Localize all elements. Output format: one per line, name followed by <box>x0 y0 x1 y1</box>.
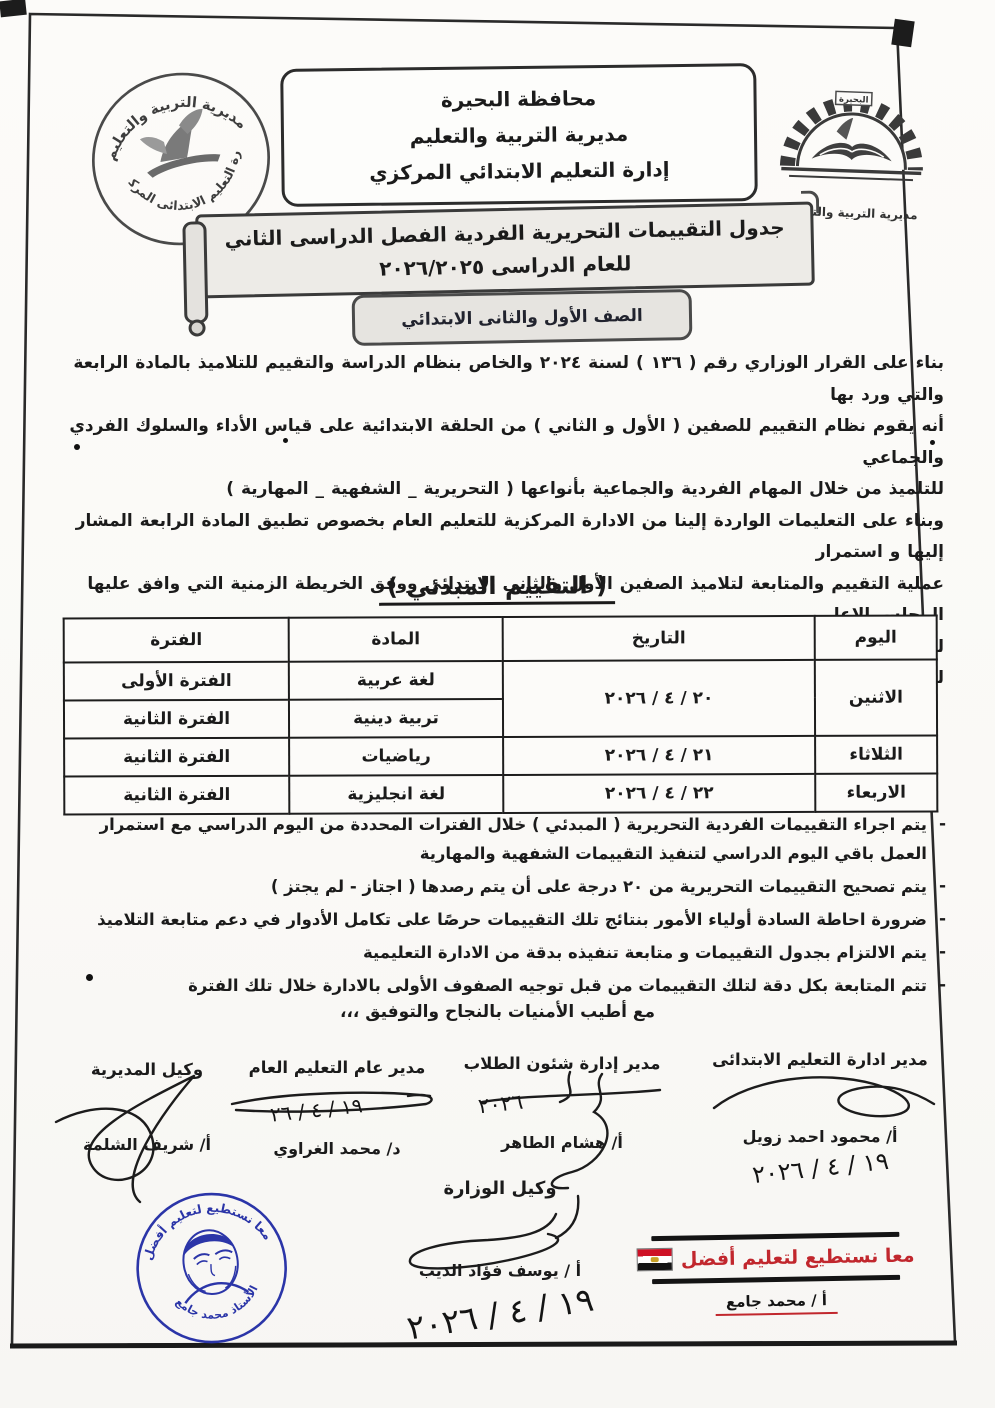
notes-list: - يتم اجراء التقييمات الفردية التحريرية … <box>58 810 946 1004</box>
signatory-name: أ/ هشام الطاهر <box>501 1133 623 1152</box>
title-banner: جدول التقييمات التحريرية الفردية الفصل ا… <box>195 202 815 299</box>
section-heading-text: ( التقييم المبدئي ) <box>379 571 615 606</box>
handwritten-date: ٢٠٢٦ <box>477 1090 524 1119</box>
day-cell: الاثنين <box>815 659 937 735</box>
signature-block-directorate-deputy: وكيل المديرية أ/ شريف الشلمة <box>58 1060 236 1154</box>
signatory-name: د/ محمد الغراوي <box>273 1139 400 1158</box>
list-item: - يتم تصحيح التقييمات التحريرية من ٢٠ در… <box>58 872 946 901</box>
list-item: - ضرورة احاطة السادة أولياء الأمور بنتائ… <box>58 905 946 934</box>
slogan-block: معا نستطيع لتعليم أفضل أ / محمد جامع <box>651 1232 900 1317</box>
assessment-schedule-table: اليوم التاريخ المادة الفترة الاثنين ٢٠ /… <box>63 614 939 815</box>
period-cell: الفترة الثانية <box>64 776 289 815</box>
stamp-portrait <box>174 1225 249 1303</box>
signatory-name: أ/ شريف الشلمة <box>83 1135 211 1154</box>
scanned-document: مديرية التربية والتعليم ادارة التعليم ال… <box>0 0 995 1408</box>
table-row: الثلاثاء ٢١ / ٤ / ٢٠٢٦ رياضيات الفترة ال… <box>64 735 937 776</box>
period-cell: الفترة الأولى <box>64 662 289 701</box>
slogan-text: معا نستطيع لتعليم أفضل <box>681 1244 915 1270</box>
subject-cell: تربية دينية <box>289 699 503 738</box>
closing-wish: مع أطيب الأمنيات بالنجاح والتوفيق ،،، <box>0 1002 995 1022</box>
intro-line: للتلميذ من خلال المهام الفردية والجماعية… <box>66 474 944 506</box>
stamp-bottom-text: الأستاذ محمد جامع <box>172 1281 265 1328</box>
signature-block-primary-education-director: مدير ادارة التعليم الابتدائى أ/ محمود اح… <box>692 1050 948 1182</box>
governorate-name: محافظة البحيرة <box>283 80 753 118</box>
slogan-author-name: أ / محمد جامع <box>716 1289 838 1316</box>
scroll-handle-ornament <box>182 221 208 323</box>
subject-cell: رياضيات <box>289 737 503 776</box>
scan-corner-artifact <box>0 0 27 17</box>
signature-block-general-education-director: مدير عام التعليم العام ١٩ / ٤ / ٢٦ د/ مح… <box>226 1058 448 1158</box>
signatory-title: مدير ادارة التعليم الابتدائى <box>712 1050 928 1069</box>
grade-banner-text: الصف الأول والثانى الابتدائي <box>401 305 643 329</box>
scroll-curl-ornament <box>801 190 819 213</box>
period-cell: الفترة الثانية <box>64 738 289 777</box>
signature-block-ministry-undersecretary: وكيل الوزارة أ / يوسف فؤاد الديب ١٩ / ٤ … <box>348 1178 652 1333</box>
column-header-period: الفترة <box>64 618 289 663</box>
period-cell: الفترة الثانية <box>64 700 289 739</box>
bullet-dash: - <box>939 872 946 901</box>
ink-dot-artifact <box>74 444 80 450</box>
column-header-day: اليوم <box>815 615 937 659</box>
signature-block-student-affairs-director: مدير إدارة شئون الطلاب ٢٠٢٦ أ/ هشام الطا… <box>452 1054 672 1152</box>
signatory-name: أ / يوسف فؤاد الديب <box>419 1261 581 1280</box>
bullet-dash: - <box>939 810 946 868</box>
scan-corner-artifact <box>891 19 914 48</box>
ink-dot-artifact <box>930 440 935 445</box>
ink-dot-artifact <box>86 974 93 981</box>
egypt-flag-icon <box>637 1248 673 1272</box>
date-cell: ٢٢ / ٤ / ٢٠٢٦ <box>503 774 815 813</box>
table-row: الاربعاء ٢٢ / ٤ / ٢٠٢٦ لغة انجليزية الفت… <box>64 773 937 814</box>
list-item: - يتم الالتزام بجدول التقييمات و متابعة … <box>58 938 946 967</box>
signatory-name: أ/ محمود احمد زويل <box>743 1127 898 1146</box>
intro-line: بناء على القرار الوزاري رقم ( ١٣٦ ) لسنة… <box>66 348 944 411</box>
signatory-title: مدير عام التعليم العام <box>249 1058 426 1077</box>
table-row: الاثنين ٢٠ / ٤ / ٢٠٢٦ لغة عربية الفترة ا… <box>64 659 937 700</box>
ink-dot-artifact <box>283 438 288 443</box>
date-cell: ٢١ / ٤ / ٢٠٢٦ <box>503 736 815 775</box>
grade-banner: الصف الأول والثانى الابتدائي <box>352 289 693 346</box>
day-cell: الاربعاء <box>815 773 937 811</box>
list-item: - يتم اجراء التقييمات الفردية التحريرية … <box>58 810 946 868</box>
subject-cell: لغة انجليزية <box>289 775 503 814</box>
column-header-date: التاريخ <box>503 616 815 661</box>
bullet-dash: - <box>939 938 946 967</box>
signature-ink <box>702 1068 942 1126</box>
column-header-subject: المادة <box>289 617 503 662</box>
day-cell: الثلاثاء <box>815 735 937 773</box>
date-cell: ٢٠ / ٤ / ٢٠٢٦ <box>503 660 815 737</box>
intro-line: أنه يقوم نظام التقييم للصفين ( الأول و ا… <box>66 411 944 474</box>
letterhead: محافظة البحيرة مديرية التربية والتعليم إ… <box>280 63 758 207</box>
list-item: - تتم المتابعة بكل دقة لتلك التقييمات من… <box>58 971 946 1000</box>
section-heading: ( التقييم المبدئي ) <box>0 572 995 605</box>
administration-name: إدارة التعليم الابتدائي المركزي <box>284 152 754 190</box>
directorate-name: مديرية التربية والتعليم <box>284 116 754 154</box>
gear-banner-text: البحيرة <box>839 95 869 106</box>
intro-line: وبناء على التعليمات الواردة إلينا من الا… <box>66 506 944 569</box>
svg-text:الأستاذ محمد جامع: الأستاذ محمد جامع <box>172 1281 265 1328</box>
table-header-row: اليوم التاريخ المادة الفترة <box>64 615 937 662</box>
bullet-dash: - <box>939 905 946 934</box>
bullet-dash: - <box>939 971 946 1000</box>
subject-cell: لغة عربية <box>289 661 503 700</box>
